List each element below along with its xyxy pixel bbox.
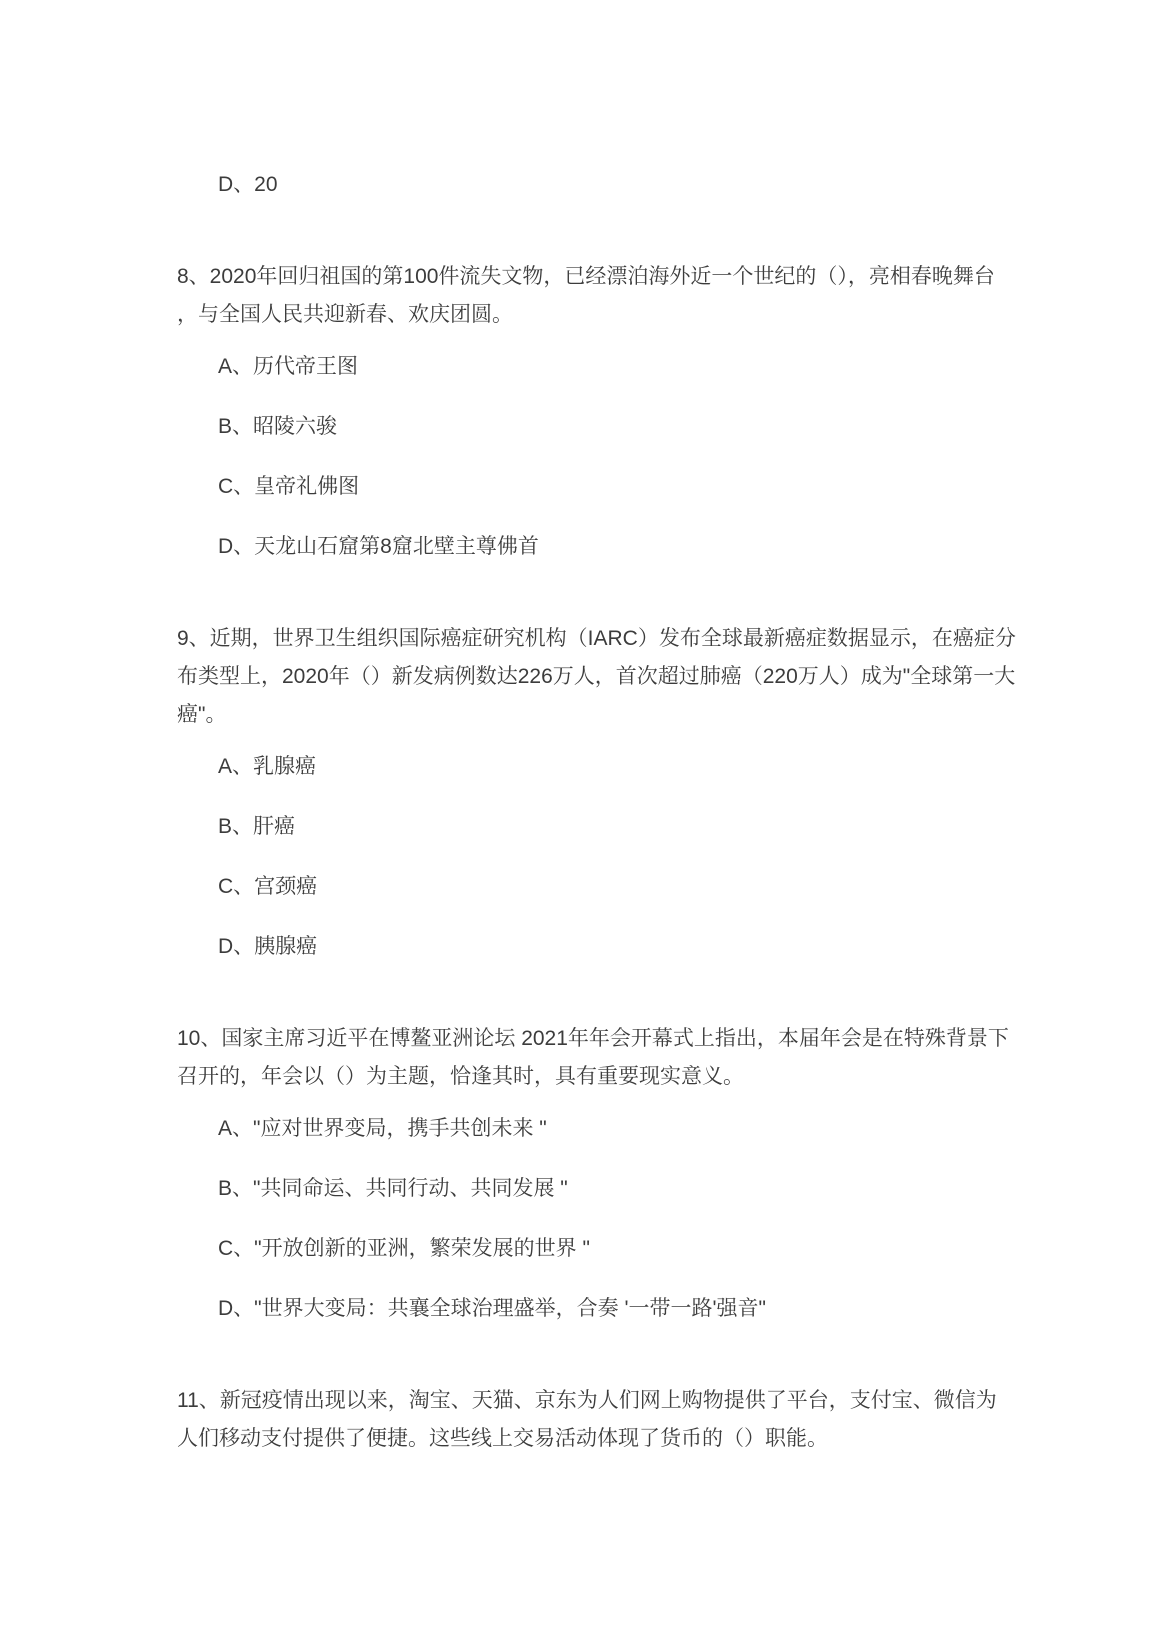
- question-10-stem-line-1: 10、国家主席习近平在博鳌亚洲论坛 2021年年会开幕式上指出，本届年会是在特殊…: [177, 1020, 1158, 1058]
- question-8-options: A、历代帝王图 B、昭陵六骏 C、皇帝礼佛图 D、天龙山石窟第8窟北壁主尊佛首: [177, 348, 1158, 566]
- question-9-stem-line-1: 9、近期，世界卫生组织国际癌症研究机构（IARC）发布全球最新癌症数据显示，在癌…: [177, 620, 1158, 658]
- exam-document-page: D、20 8、2020年回归祖国的第100件流失文物，已经漂泊海外近一个世纪的（…: [0, 0, 1158, 1638]
- question-8-stem: 8、2020年回归祖国的第100件流失文物，已经漂泊海外近一个世纪的（），亮相春…: [177, 258, 1158, 334]
- question-8-option-a: A、历代帝王图: [177, 348, 1158, 386]
- question-10-options: A、"应对世界变局，携手共创未来 " B、"共同命运、共同行动、共同发展 " C…: [177, 1110, 1158, 1328]
- question-9-stem: 9、近期，世界卫生组织国际癌症研究机构（IARC）发布全球最新癌症数据显示，在癌…: [177, 620, 1158, 734]
- question-11-stem-line-1: 11、新冠疫情出现以来，淘宝、天猫、京东为人们网上购物提供了平台，支付宝、微信为: [177, 1382, 1158, 1420]
- question-9-option-c: C、宫颈癌: [177, 868, 1158, 906]
- question-8-stem-line-2: ，与全国人民共迎新春、欢庆团圆。: [177, 296, 1158, 334]
- question-10-stem: 10、国家主席习近平在博鳌亚洲论坛 2021年年会开幕式上指出，本届年会是在特殊…: [177, 1020, 1158, 1096]
- question-9-stem-line-3: 癌"。: [177, 696, 1158, 734]
- question-10-option-d: D、"世界大变局：共襄全球治理盛举，合奏 '一带一路'强音": [177, 1290, 1158, 1328]
- question-10-option-b: B、"共同命运、共同行动、共同发展 ": [177, 1170, 1158, 1208]
- question-9-option-b: B、肝癌: [177, 808, 1158, 846]
- question-9-stem-line-2: 布类型上，2020年（）新发病例数达226万人，首次超过肺癌（220万人）成为"…: [177, 658, 1158, 696]
- question-10-stem-line-2: 召开的，年会以（）为主题，恰逢其时，具有重要现实意义。: [177, 1058, 1158, 1096]
- question-8-option-b: B、昭陵六骏: [177, 408, 1158, 446]
- question-10-option-c: C、"开放创新的亚洲，繁荣发展的世界 ": [177, 1230, 1158, 1268]
- question-9-options: A、乳腺癌 B、肝癌 C、宫颈癌 D、胰腺癌: [177, 748, 1158, 966]
- question-10: 10、国家主席习近平在博鳌亚洲论坛 2021年年会开幕式上指出，本届年会是在特殊…: [177, 1020, 1158, 1328]
- question-11: 11、新冠疫情出现以来，淘宝、天猫、京东为人们网上购物提供了平台，支付宝、微信为…: [177, 1382, 1158, 1458]
- question-8: 8、2020年回归祖国的第100件流失文物，已经漂泊海外近一个世纪的（），亮相春…: [177, 258, 1158, 566]
- question-8-stem-line-1: 8、2020年回归祖国的第100件流失文物，已经漂泊海外近一个世纪的（），亮相春…: [177, 258, 1158, 296]
- question-11-stem-line-2: 人们移动支付提供了便捷。这些线上交易活动体现了货币的（）职能。: [177, 1420, 1158, 1458]
- question-11-stem: 11、新冠疫情出现以来，淘宝、天猫、京东为人们网上购物提供了平台，支付宝、微信为…: [177, 1382, 1158, 1458]
- question-9-option-d: D、胰腺癌: [177, 928, 1158, 966]
- question-8-option-c: C、皇帝礼佛图: [177, 468, 1158, 506]
- question-9-option-a: A、乳腺癌: [177, 748, 1158, 786]
- orphan-option-d: D、20: [177, 166, 1158, 204]
- question-10-option-a: A、"应对世界变局，携手共创未来 ": [177, 1110, 1158, 1148]
- question-8-option-d: D、天龙山石窟第8窟北壁主尊佛首: [177, 528, 1158, 566]
- question-9: 9、近期，世界卫生组织国际癌症研究机构（IARC）发布全球最新癌症数据显示，在癌…: [177, 620, 1158, 966]
